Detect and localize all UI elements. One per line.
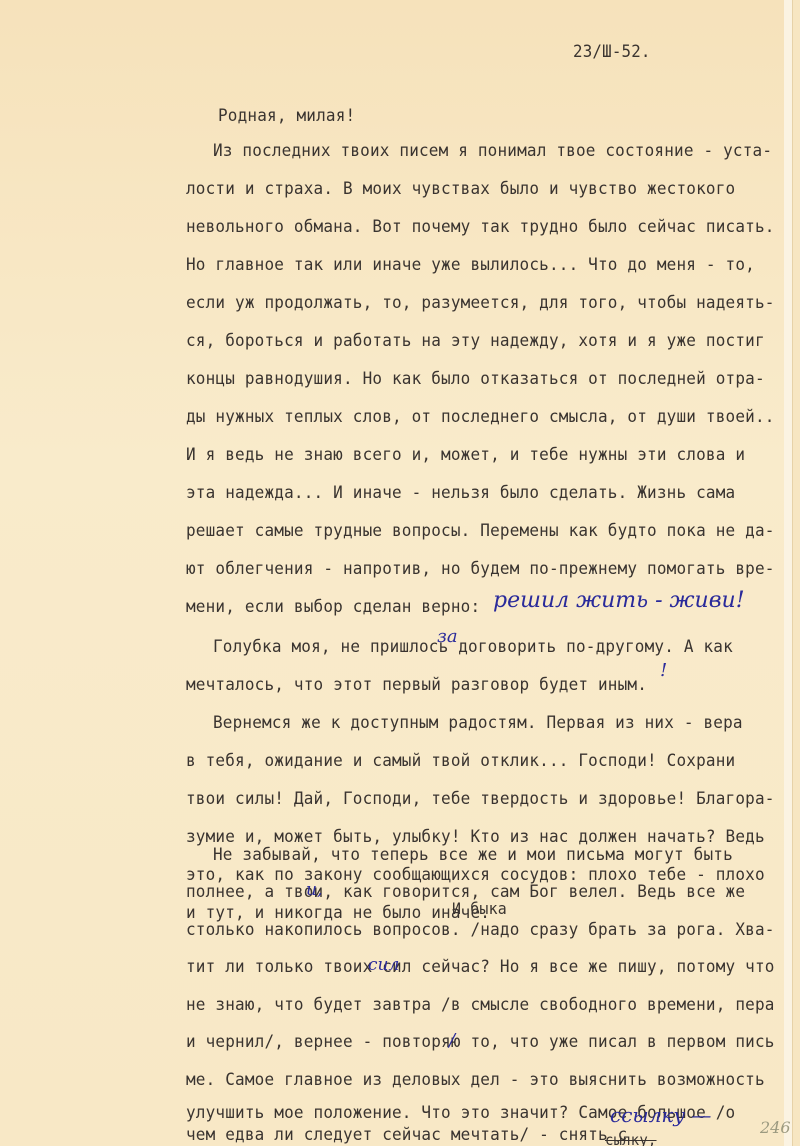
handwritten-correction: сил xyxy=(368,955,399,975)
text-line: ме. Самое главное из деловых дел - это в… xyxy=(186,1070,765,1090)
handwritten-note: решил жить - живи! xyxy=(493,588,745,613)
text-line: столько накопилось вопросов. /надо сразу… xyxy=(186,920,775,940)
text-line: Голубка моя, не пришлось договорить по-д… xyxy=(213,637,733,657)
text-line: твои силы! Дай, Господи, тебе твердость … xyxy=(186,789,775,809)
handwritten-correction: за xyxy=(437,626,458,647)
text-line: Вернемся же к доступным радостям. Первая… xyxy=(213,713,743,733)
text-line: если уж продолжать, то, разумеется, для … xyxy=(186,293,775,313)
text-line: мечталось, что этот первый разговор буде… xyxy=(186,675,647,695)
text-line: чем едва ли следует сейчас мечтать/ - сн… xyxy=(186,1125,627,1145)
text-line: ют облегчения - напротив, но будем по-пр… xyxy=(186,559,775,579)
handwritten-correction: ссылку — xyxy=(610,1103,711,1127)
text-line: Не забывай, что теперь все же и мои пись… xyxy=(213,845,733,865)
text-line: тит ли только твоих сил сейчас? Но я все… xyxy=(186,957,775,977)
letter-page: 23/Ш-52. Родная, милая! Из последних тво… xyxy=(0,0,793,1146)
text-line: Из последних твоих писем я понимал твое … xyxy=(213,141,772,161)
text-line: эта надежда... И иначе - нельзя было сде… xyxy=(186,483,735,503)
text-line: зумие и, может быть, улыбку! Кто из нас … xyxy=(186,827,765,847)
letter-date: 23/Ш-52. xyxy=(573,42,651,62)
text-line: сылку, xyxy=(605,1131,657,1146)
handwritten-correction: и, xyxy=(306,880,322,900)
text-line: невольного обмана. Вот почему так трудно… xyxy=(186,217,775,237)
salutation: Родная, милая! xyxy=(218,106,355,126)
handwritten-exclamation: ! xyxy=(660,660,667,681)
typed-insert: И быка xyxy=(452,899,507,918)
text-line: концы равнодушия. Но как было отказаться… xyxy=(186,369,765,389)
paper-edge xyxy=(784,0,792,1146)
text-line: И я ведь не знаю всего и, может, и тебе … xyxy=(186,445,745,465)
text-line: решает самые трудные вопросы. Перемены к… xyxy=(186,521,775,541)
text-line: ды нужных теплых слов, от последнего смы… xyxy=(186,407,775,427)
page-number: 246 xyxy=(760,1118,791,1137)
text-line: мени, если выбор сделан верно: xyxy=(186,597,480,617)
handwritten-correction: / xyxy=(449,1030,455,1051)
text-line: не знаю, что будет завтра /в смысле своб… xyxy=(186,995,775,1015)
text-line: в тебя, ожидание и самый твой отклик... … xyxy=(186,751,735,771)
text-line: и чернил/, вернее - повторяю то, что уже… xyxy=(186,1032,775,1052)
text-line: ся, бороться и работать на эту надежду, … xyxy=(186,331,765,351)
text-line: Но главное так или иначе уже вылилось...… xyxy=(186,255,755,275)
text-line: лости и страха. В моих чувствах было и ч… xyxy=(186,179,735,199)
